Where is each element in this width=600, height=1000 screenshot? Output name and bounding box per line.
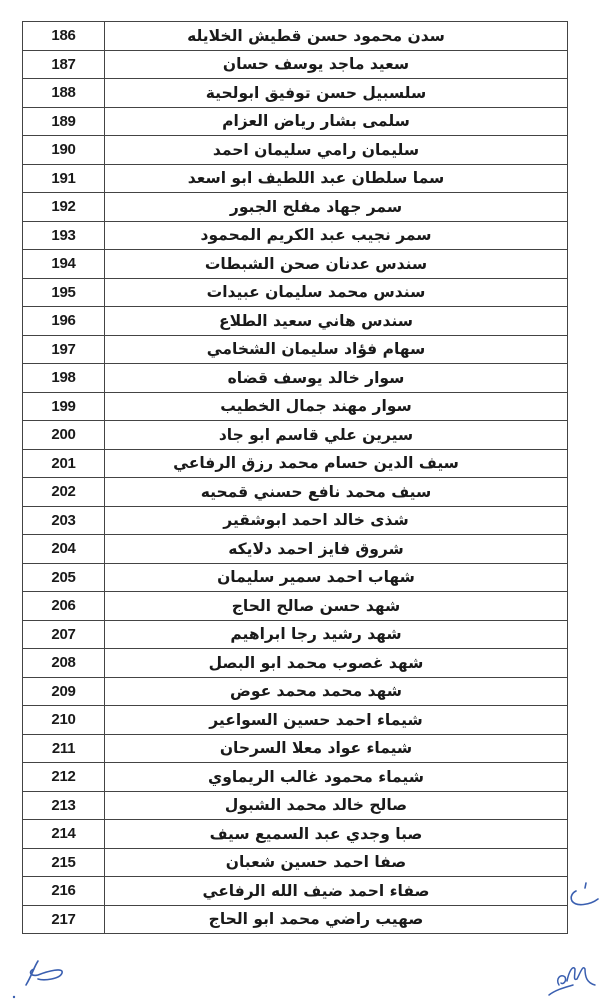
row-number: 195 bbox=[23, 278, 105, 307]
row-number: 202 bbox=[23, 478, 105, 507]
table-row: 205شهاب احمد سمير سليمان bbox=[23, 563, 568, 592]
person-name: سلسبيل حسن توفيق ابولحية bbox=[105, 79, 568, 108]
row-number: 190 bbox=[23, 136, 105, 165]
row-number: 197 bbox=[23, 335, 105, 364]
row-number: 200 bbox=[23, 421, 105, 450]
table-row: 197سهام فؤاد سليمان الشخامي bbox=[23, 335, 568, 364]
table-row: 191سما سلطان عبد اللطيف ابو اسعد bbox=[23, 164, 568, 193]
names-table: 186سدن محمود حسن قطيش الخلايله187سعيد ما… bbox=[22, 21, 568, 934]
person-name: سندس هاني سعيد الطلاع bbox=[105, 307, 568, 336]
person-name: سدن محمود حسن قطيش الخلايله bbox=[105, 22, 568, 51]
row-number: 191 bbox=[23, 164, 105, 193]
table-row: 193سمر نجيب عبد الكريم المحمود bbox=[23, 221, 568, 250]
table-row: 214صبا وجدي عبد السميع سيف bbox=[23, 820, 568, 849]
row-number: 209 bbox=[23, 677, 105, 706]
person-name: سيف محمد نافع حسني قمحيه bbox=[105, 478, 568, 507]
row-number: 199 bbox=[23, 392, 105, 421]
person-name: شهد حسن صالح الحاج bbox=[105, 592, 568, 621]
person-name: صفاء احمد ضيف الله الرفاعي bbox=[105, 877, 568, 906]
table-row: 201سيف الدين حسام محمد رزق الرفاعي bbox=[23, 449, 568, 478]
person-name: سعيد ماجد يوسف حسان bbox=[105, 50, 568, 79]
table-row: 210شيماء احمد حسين السواعير bbox=[23, 706, 568, 735]
row-number: 204 bbox=[23, 535, 105, 564]
row-number: 192 bbox=[23, 193, 105, 222]
row-number: 212 bbox=[23, 763, 105, 792]
row-number: 188 bbox=[23, 79, 105, 108]
table-row: 212شيماء محمود غالب الريماوي bbox=[23, 763, 568, 792]
person-name: شهد رشيد رجا ابراهيم bbox=[105, 620, 568, 649]
person-name: سيرين علي قاسم ابو جاد bbox=[105, 421, 568, 450]
person-name: سليمان رامي سليمان احمد bbox=[105, 136, 568, 165]
table-row: 192سمر جهاد مفلح الجبور bbox=[23, 193, 568, 222]
table-row: 204شروق فايز احمد دلايكه bbox=[23, 535, 568, 564]
table-row: 211شيماء عواد معلا السرحان bbox=[23, 734, 568, 763]
row-number: 196 bbox=[23, 307, 105, 336]
table-row: 188سلسبيل حسن توفيق ابولحية bbox=[23, 79, 568, 108]
table-row: 196سندس هاني سعيد الطلاع bbox=[23, 307, 568, 336]
row-number: 186 bbox=[23, 22, 105, 51]
person-name: صبا وجدي عبد السميع سيف bbox=[105, 820, 568, 849]
person-name: شيماء محمود غالب الريماوي bbox=[105, 763, 568, 792]
person-name: شيماء عواد معلا السرحان bbox=[105, 734, 568, 763]
person-name: شذى خالد احمد ابوشقير bbox=[105, 506, 568, 535]
person-name: صهيب راضي محمد ابو الحاج bbox=[105, 905, 568, 934]
table-row: 202سيف محمد نافع حسني قمحيه bbox=[23, 478, 568, 507]
row-number: 206 bbox=[23, 592, 105, 621]
table-row: 189سلمى بشار رياض العزام bbox=[23, 107, 568, 136]
person-name: شروق فايز احمد دلايكه bbox=[105, 535, 568, 564]
row-number: 194 bbox=[23, 250, 105, 279]
person-name: صفا احمد حسين شعبان bbox=[105, 848, 568, 877]
table-row: 209شهد محمد محمد عوض bbox=[23, 677, 568, 706]
table-row: 194سندس عدنان صحن الشبطات bbox=[23, 250, 568, 279]
person-name: سلمى بشار رياض العزام bbox=[105, 107, 568, 136]
row-number: 201 bbox=[23, 449, 105, 478]
signature-mark-right bbox=[568, 875, 600, 915]
table-row: 216صفاء احمد ضيف الله الرفاعي bbox=[23, 877, 568, 906]
row-number: 215 bbox=[23, 848, 105, 877]
table-row: 208شهد غصوب محمد ابو البصل bbox=[23, 649, 568, 678]
person-name: شيماء احمد حسين السواعير bbox=[105, 706, 568, 735]
person-name: صالح خالد محمد الشبول bbox=[105, 791, 568, 820]
person-name: سما سلطان عبد اللطيف ابو اسعد bbox=[105, 164, 568, 193]
person-name: سيف الدين حسام محمد رزق الرفاعي bbox=[105, 449, 568, 478]
row-number: 216 bbox=[23, 877, 105, 906]
person-name: سوار مهند جمال الخطيب bbox=[105, 392, 568, 421]
person-name: سمر جهاد مفلح الجبور bbox=[105, 193, 568, 222]
table-row: 187سعيد ماجد يوسف حسان bbox=[23, 50, 568, 79]
row-number: 207 bbox=[23, 620, 105, 649]
table-row: 206شهد حسن صالح الحاج bbox=[23, 592, 568, 621]
person-name: شهد غصوب محمد ابو البصل bbox=[105, 649, 568, 678]
row-number: 198 bbox=[23, 364, 105, 393]
person-name: شهاب احمد سمير سليمان bbox=[105, 563, 568, 592]
table-row: 199سوار مهند جمال الخطيب bbox=[23, 392, 568, 421]
table-row: 186سدن محمود حسن قطيش الخلايله bbox=[23, 22, 568, 51]
row-number: 213 bbox=[23, 791, 105, 820]
table-row: 195سندس محمد سليمان عبيدات bbox=[23, 278, 568, 307]
table-row: 213صالح خالد محمد الشبول bbox=[23, 791, 568, 820]
row-number: 214 bbox=[23, 820, 105, 849]
person-name: سوار خالد يوسف قضاه bbox=[105, 364, 568, 393]
table-row: 190سليمان رامي سليمان احمد bbox=[23, 136, 568, 165]
row-number: 211 bbox=[23, 734, 105, 763]
row-number: 210 bbox=[23, 706, 105, 735]
table-row: 198سوار خالد يوسف قضاه bbox=[23, 364, 568, 393]
person-name: شهد محمد محمد عوض bbox=[105, 677, 568, 706]
person-name: سندس عدنان صحن الشبطات bbox=[105, 250, 568, 279]
row-number: 203 bbox=[23, 506, 105, 535]
row-number: 187 bbox=[23, 50, 105, 79]
row-number: 193 bbox=[23, 221, 105, 250]
person-name: سمر نجيب عبد الكريم المحمود bbox=[105, 221, 568, 250]
row-number: 205 bbox=[23, 563, 105, 592]
row-number: 208 bbox=[23, 649, 105, 678]
names-table-body: 186سدن محمود حسن قطيش الخلايله187سعيد ما… bbox=[23, 22, 568, 934]
table-row: 203شذى خالد احمد ابوشقير bbox=[23, 506, 568, 535]
signature-right bbox=[545, 955, 600, 1000]
table-row: 207شهد رشيد رجا ابراهيم bbox=[23, 620, 568, 649]
table-row: 217صهيب راضي محمد ابو الحاج bbox=[23, 905, 568, 934]
person-name: سندس محمد سليمان عبيدات bbox=[105, 278, 568, 307]
row-number: 189 bbox=[23, 107, 105, 136]
table-row: 200سيرين علي قاسم ابو جاد bbox=[23, 421, 568, 450]
person-name: سهام فؤاد سليمان الشخامي bbox=[105, 335, 568, 364]
table-row: 215صفا احمد حسين شعبان bbox=[23, 848, 568, 877]
signature-initials-left bbox=[4, 955, 74, 1000]
row-number: 217 bbox=[23, 905, 105, 934]
